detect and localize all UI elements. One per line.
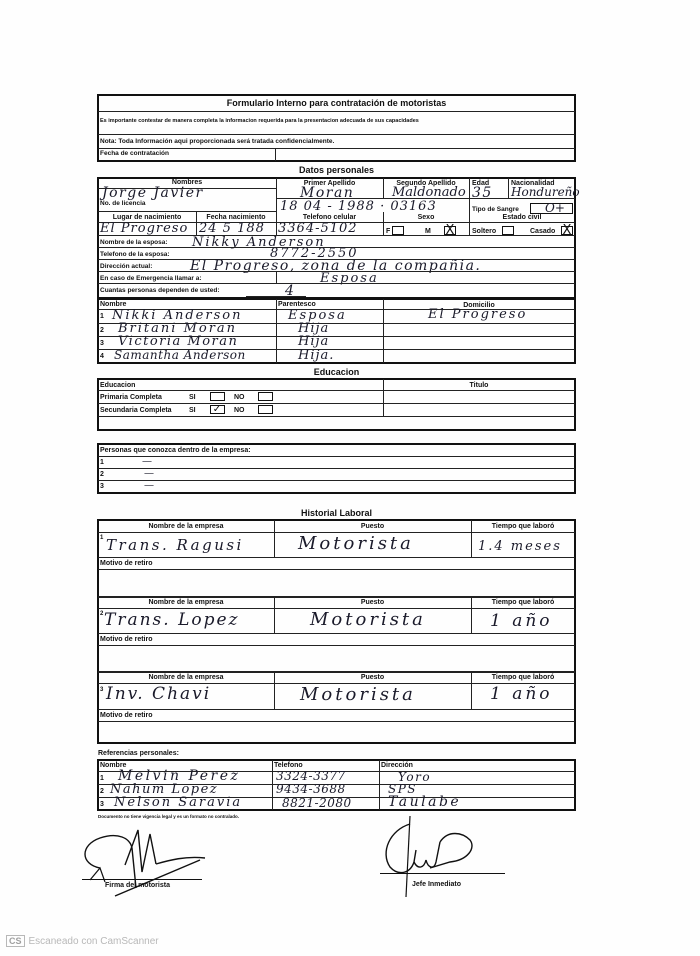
reference-name[interactable]: Melvin Perez (118, 769, 240, 783)
work-header-tiempo: Tiempo que laboró (471, 599, 575, 606)
work-motivo-label: Motivo de retiro (100, 712, 153, 719)
section-title-personal: Datos personales (97, 165, 576, 175)
work-puesto[interactable]: Motorista (310, 611, 426, 629)
label-telefono-esposa: Telefono de la esposa: (100, 252, 170, 259)
label-direccion: Dirección actual: (100, 264, 152, 271)
form-instruction: Es importante contestar de manera comple… (100, 119, 419, 125)
checkbox-primaria-si[interactable] (210, 392, 225, 401)
dependent-address[interactable]: El Progreso (428, 308, 527, 321)
legal-disclaimer: Documento no tiene vigencia legal y es u… (98, 815, 239, 820)
reference-row: 3 Nelson Saravia 8821-2080 Taulabe (98, 798, 575, 810)
acquaintance-row: 1 — (98, 457, 575, 468)
work-tiempo[interactable]: 1 año (490, 686, 553, 703)
value-dependientes[interactable]: 4 (285, 284, 295, 298)
work-motivo-field[interactable] (100, 647, 574, 670)
value-tipo-sangre: O+ (545, 202, 565, 214)
entry-number: 3 (100, 687, 103, 693)
work-header-empresa: Nombre de la empresa (98, 674, 274, 681)
mark-sexo-m: X (444, 226, 456, 235)
work-motivo-field[interactable] (100, 723, 574, 742)
scanned-form-page: Formulario Interno para contratación de … (0, 0, 700, 956)
reference-phone[interactable]: 9434-3688 (276, 783, 346, 795)
references-col-telefono: Telefono (274, 762, 303, 769)
checkbox-secundaria-no[interactable] (258, 405, 273, 414)
row-number: 2 (100, 327, 104, 334)
value-nacionalidad[interactable]: Hondureño (511, 186, 580, 198)
work-header-tiempo: Tiempo que laboró (471, 674, 575, 681)
label-tipo-sangre: Tipo de Sangre (472, 207, 519, 214)
dependents-header-nombre: Nombre (100, 301, 126, 308)
label-lugar-nacimiento: Lugar de nacimiento (98, 214, 196, 221)
acquaintance-row: 2 — (98, 469, 575, 480)
reference-phone[interactable]: 8821-2080 (282, 797, 352, 809)
work-puesto[interactable]: Motorista (300, 686, 416, 704)
work-motivo-field[interactable] (100, 571, 574, 595)
mark-secundaria-si: ✓ (211, 405, 223, 414)
education-row-secundaria: Secundaria Completa SI ✓ NO (98, 404, 383, 416)
entry-number: 2 (100, 611, 103, 617)
row-number: 2 (100, 788, 104, 795)
value-telefono-celular[interactable]: 3364-5102 (278, 222, 358, 235)
education-titulo-secundaria[interactable] (385, 404, 574, 416)
work-header-tiempo: Tiempo que laboró (471, 523, 575, 530)
row-number: 3 (100, 801, 104, 808)
acquaintance-name[interactable]: — (144, 469, 156, 479)
value-lugar-nacimiento[interactable]: El Progreso (100, 222, 188, 235)
reference-phone[interactable]: 3324-3377 (276, 770, 346, 782)
label-sexo: Sexo (383, 214, 469, 221)
work-header-empresa: Nombre de la empresa (98, 523, 274, 530)
checkbox-soltero[interactable] (502, 226, 514, 235)
camscanner-text: Escaneado con CamScanner (29, 936, 159, 947)
work-puesto[interactable]: Motorista (298, 535, 414, 553)
row-number: 3 (100, 340, 104, 347)
value-licencia[interactable]: 18 04 - 1988 · 03163 (280, 200, 437, 213)
education-header-titulo: Titulo (383, 382, 575, 389)
label-si: SI (189, 407, 196, 414)
label-no: NO (234, 394, 245, 401)
checkbox-sexo-f[interactable] (392, 226, 404, 235)
reference-address[interactable]: Taulabe (388, 795, 461, 809)
checkbox-primaria-no[interactable] (258, 392, 273, 401)
label-licencia: No. de licencia (100, 201, 146, 208)
work-header-empresa: Nombre de la empresa (98, 599, 274, 606)
education-titulo-primaria[interactable] (385, 391, 574, 403)
label-fecha-nacimiento: Fecha nacimiento (196, 214, 276, 221)
acquaintances-header: Personas que conozca dentro de la empres… (100, 447, 251, 454)
dependents-row: 4 Samantha Anderson Hija. (98, 350, 575, 363)
section-title-work-history: Historial Laboral (97, 508, 576, 518)
acquaintance-row: 3 — (98, 481, 575, 492)
entry-number: 1 (100, 535, 103, 541)
dependent-name[interactable]: Victoria Moran (118, 335, 238, 348)
work-tiempo[interactable]: 1 año (490, 613, 553, 630)
boss-signature-label: Jefe Inmediato (412, 881, 461, 888)
label-nombre-esposa: Nombre de la esposa: (100, 240, 168, 247)
education-header-left: Educacion (100, 382, 135, 389)
label-emergencia: En caso de Emergencia llamar a: (100, 276, 202, 283)
education-level-label: Secundaria Completa (100, 407, 172, 414)
mark-casado: X (561, 226, 573, 235)
boss-signature-line (380, 873, 505, 874)
row-number: 1 (100, 313, 104, 320)
label-si: SI (189, 394, 196, 401)
value-nombres[interactable]: Jorge Javier (102, 186, 204, 200)
form-note: Nota: Toda Información aqui proporcionad… (100, 139, 334, 146)
label-sexo-m: M (425, 228, 431, 235)
section-title-education: Educacion (97, 367, 576, 377)
work-empresa[interactable]: Trans. Lopez (104, 612, 240, 629)
work-motivo-label: Motivo de retiro (100, 560, 153, 567)
work-motivo-label: Motivo de retiro (100, 636, 153, 643)
label-telefono-celular: Telefono celular (276, 214, 383, 221)
dependent-name[interactable]: Samantha Anderson (114, 349, 246, 361)
row-number: 1 (100, 459, 104, 466)
hire-date-field[interactable] (277, 149, 573, 161)
acquaintance-name[interactable]: — (142, 457, 154, 467)
label-soltero: Soltero (472, 228, 496, 235)
label-sexo-f: F (386, 228, 390, 235)
work-tiempo[interactable]: 1.4 meses (478, 540, 562, 553)
hire-date-label: Fecha de contratación (100, 151, 169, 158)
row-number: 1 (100, 775, 104, 782)
work-empresa[interactable]: Inv. Chavi (106, 686, 211, 703)
education-level-label: Primaria Completa (100, 394, 162, 401)
label-no: NO (234, 407, 245, 414)
form-title: Formulario Interno para contratación de … (97, 98, 576, 108)
work-empresa[interactable]: Trans. Ragusi (106, 538, 244, 553)
dependent-relation[interactable]: Hija. (298, 349, 334, 362)
row-number: 4 (100, 353, 104, 360)
row-number: 2 (100, 471, 104, 478)
education-row-primaria: Primaria Completa SI NO (98, 391, 383, 403)
acquaintance-name[interactable]: — (144, 481, 156, 491)
work-header-puesto: Puesto (274, 674, 471, 681)
row-number: 3 (100, 483, 104, 490)
references-header: Referencias personales: (98, 750, 179, 757)
references-col-direccion: Dirección (381, 762, 413, 769)
boss-signature-icon (370, 812, 510, 902)
label-dependientes: Cuantas personas dependen de usted: (100, 288, 220, 295)
work-header-puesto: Puesto (274, 599, 471, 606)
value-fecha-nacimiento[interactable]: 24 5 188 (199, 222, 265, 235)
reference-name[interactable]: Nelson Saravia (114, 796, 242, 809)
dependents-header-parentesco: Parentesco (278, 301, 316, 308)
driver-signature-label: Firma del motorista (105, 882, 170, 889)
label-casado: Casado (530, 228, 555, 235)
camscanner-watermark: CS Escaneado con CamScanner (6, 935, 159, 947)
work-header-puesto: Puesto (274, 523, 471, 530)
camscanner-logo-icon: CS (6, 935, 25, 947)
dependent-relation[interactable]: Hija (298, 335, 329, 348)
driver-signature-line (82, 879, 202, 880)
label-estado-civil: Estado civil (469, 214, 575, 221)
